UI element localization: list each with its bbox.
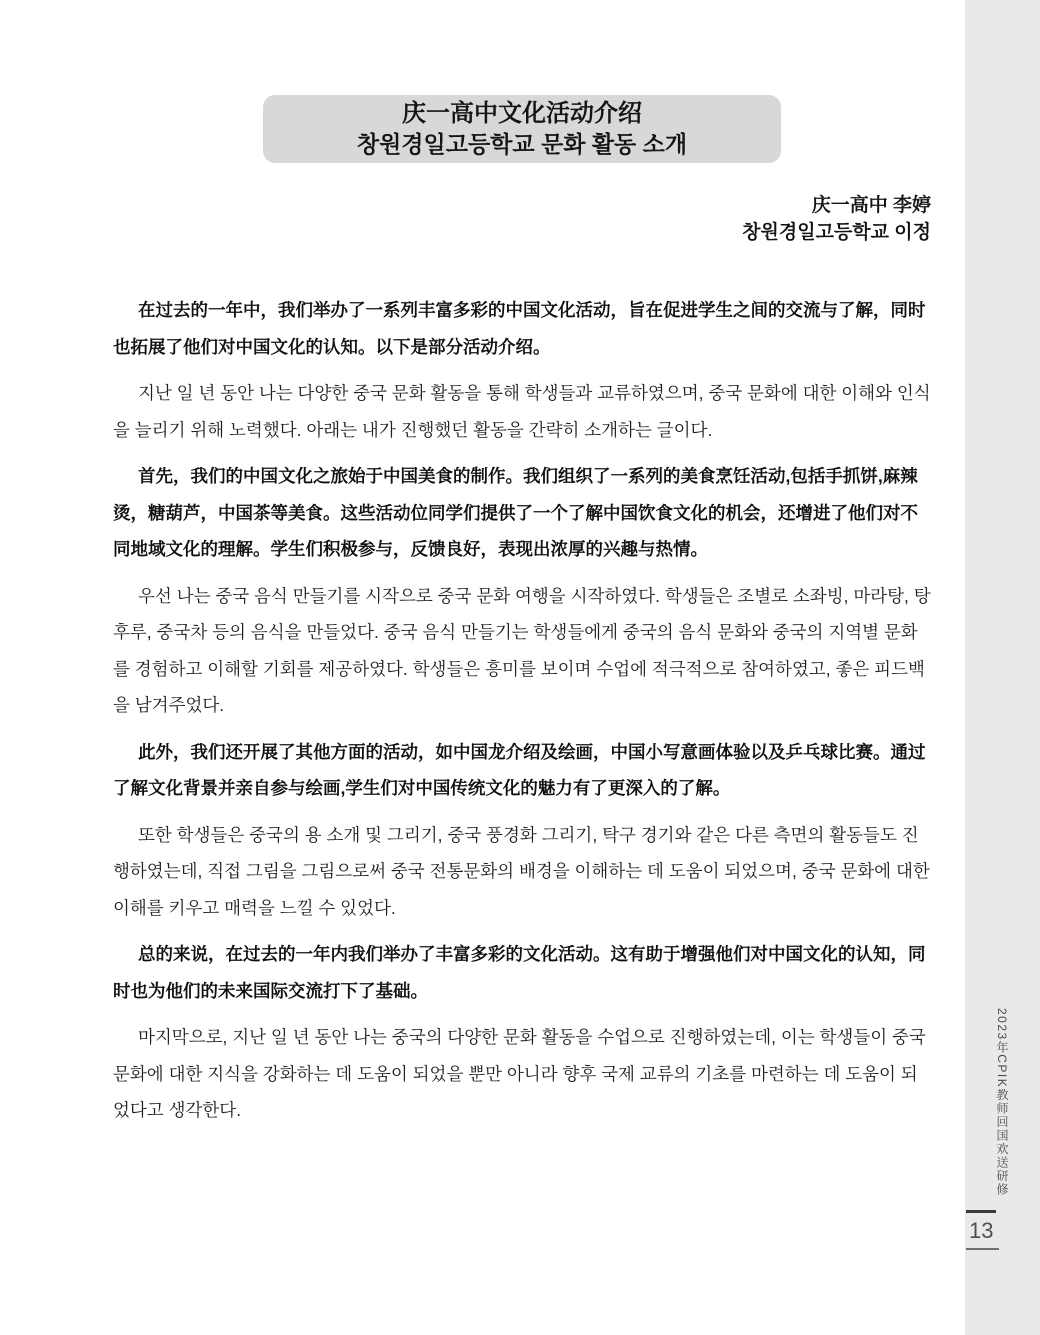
paragraph-zh-4: 总的来说，在过去的一年内我们举办了丰富多彩的文化活动。这有助于增强他们对中国文化… xyxy=(113,936,931,1009)
author-block: 庆一高中 李婷 창원경일고등학교 이정 xyxy=(113,192,931,246)
main-content: 庆一高中文化活动介绍 창원경일고등학교 문화 활동 소개 庆一高中 李婷 창원경… xyxy=(113,0,931,1129)
page-number: 13 xyxy=(966,1213,1006,1248)
paragraph-zh-2: 首先，我们的中国文化之旅始于中国美食的制作。我们组织了一系列的美食烹饪活动,包括… xyxy=(113,458,931,568)
paragraph-ko-4: 마지막으로, 지난 일 년 동안 나는 중국의 다양한 문화 활동을 수업으로 … xyxy=(113,1019,931,1129)
title-chinese: 庆一高中文化活动介绍 xyxy=(263,98,781,129)
paragraph-zh-3: 此外，我们还开展了其他方面的活动，如中国龙介绍及绘画，中国小写意画体验以及乒乓球… xyxy=(113,734,931,807)
paragraph-zh-1: 在过去的一年中，我们举办了一系列丰富多彩的中国文化活动，旨在促进学生之间的交流与… xyxy=(113,292,931,365)
page-number-block: 13 xyxy=(966,1210,1006,1250)
paragraph-ko-2: 우선 나는 중국 음식 만들기를 시작으로 중국 문화 여행을 시작하였다. 학… xyxy=(113,578,931,724)
page-number-rule-bottom xyxy=(966,1248,999,1250)
title-korean: 창원경일고등학교 문화 활동 소개 xyxy=(263,129,781,160)
paragraph-ko-3: 또한 학생들은 중국의 용 소개 및 그리기, 중국 풍경화 그리기, 탁구 경… xyxy=(113,817,931,927)
body-text: 在过去的一年中，我们举办了一系列丰富多彩的中国文化活动，旨在促进学生之间的交流与… xyxy=(113,292,931,1129)
document-page: 庆一高中文化活动介绍 창원경일고등학교 문화 활동 소개 庆一高中 李婷 창원경… xyxy=(0,0,1040,1335)
paragraph-ko-1: 지난 일 년 동안 나는 다양한 중국 문화 활동을 통해 학생들과 교류하였으… xyxy=(113,375,931,448)
sidebar-caption-vertical: 2023年CPIK教师回国欢送研修 xyxy=(994,1008,1011,1196)
title-box: 庆一高中文化活动介绍 창원경일고등학교 문화 활동 소개 xyxy=(263,95,781,163)
author-line-chinese: 庆一高中 李婷 xyxy=(113,192,931,219)
author-line-korean: 창원경일고등학교 이정 xyxy=(113,219,931,246)
right-sidebar: 2023年CPIK教师回国欢送研修 13 xyxy=(965,0,1040,1335)
